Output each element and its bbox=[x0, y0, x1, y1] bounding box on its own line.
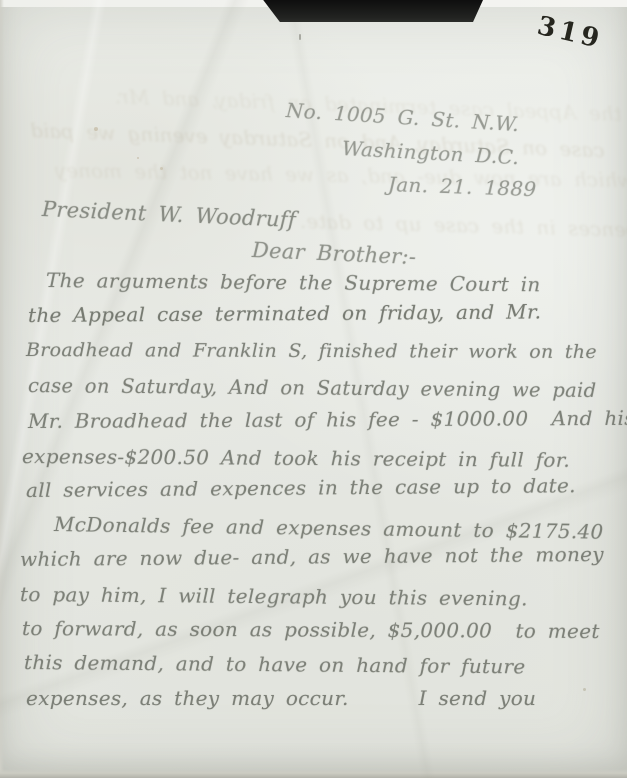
body-line: all services and expences in the case up… bbox=[26, 473, 576, 502]
page-number: 319 bbox=[534, 11, 605, 55]
body-line: expenses, as they may occur. I send you bbox=[26, 686, 536, 710]
foxing-spot bbox=[160, 167, 163, 170]
foxing-spot bbox=[137, 157, 139, 159]
body-line: Broadhead and Franklin S, finished their… bbox=[26, 339, 597, 363]
body-line: case on Saturday, And on Saturday evenin… bbox=[28, 374, 597, 402]
body-line: this demand, and to have on hand for fut… bbox=[24, 650, 526, 678]
address-line: No. 1005 G. St. N.W. bbox=[285, 98, 520, 136]
addressee-line: President W. Woodruff bbox=[41, 197, 296, 232]
body-line: McDonalds fee and expenses amount to $21… bbox=[54, 512, 604, 544]
body-line: expenses-$200.50 And took his receipt in… bbox=[22, 444, 570, 472]
foxing-spot bbox=[583, 688, 586, 691]
letter-scan-page: the Appeal case terminated on friday, an… bbox=[0, 0, 627, 778]
date-line: Jan. 21. 1889 bbox=[388, 172, 537, 201]
body-line: to forward, as soon as possible, $5,000.… bbox=[22, 616, 600, 643]
paper-left-edge bbox=[0, 0, 4, 778]
bleed-through-text: which are now due- and, as we have not t… bbox=[55, 158, 627, 192]
body-line: which are now due- and, as we have not t… bbox=[20, 542, 604, 571]
city-line: Washington D.C. bbox=[341, 136, 519, 169]
salutation-line: Dear Brother:- bbox=[251, 238, 416, 269]
paper-bottom-edge bbox=[0, 769, 627, 778]
stray-mark bbox=[299, 34, 301, 40]
body-line: Mr. Broadhead the last of his fee - $100… bbox=[28, 406, 627, 433]
body-line: to pay him, I will telegraph you this ev… bbox=[20, 582, 528, 610]
body-line: The arguments before the Supreme Court i… bbox=[46, 268, 541, 296]
binding-clip bbox=[261, 0, 483, 22]
foxing-spot bbox=[94, 127, 98, 131]
body-line: the Appeal case terminated on friday, an… bbox=[28, 299, 541, 327]
